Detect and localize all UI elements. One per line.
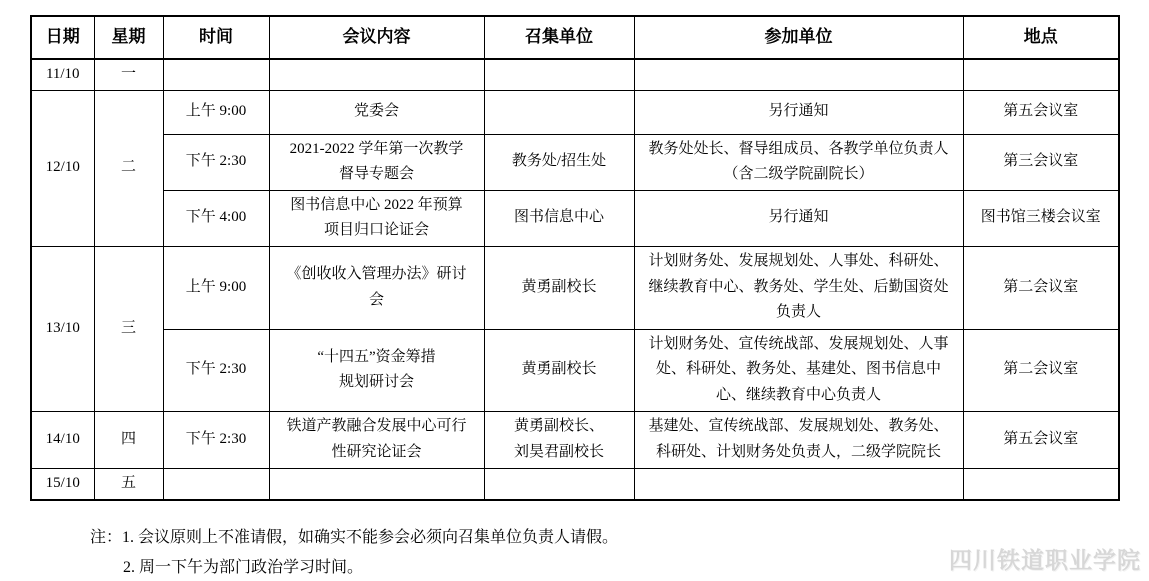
time-cell: 下午 2:30 xyxy=(163,134,269,190)
header-row: 日期 星期 时间 会议内容 召集单位 参加单位 地点 xyxy=(31,16,1119,59)
date-cell: 14/10 xyxy=(31,411,94,468)
watermark: 四川铁道职业学院 xyxy=(949,542,1141,575)
time-cell xyxy=(163,59,269,90)
participants-cell xyxy=(634,59,963,90)
content-cell xyxy=(269,468,484,500)
time-cell xyxy=(163,468,269,500)
table-row: 15/10 五 xyxy=(31,468,1119,500)
header-date: 日期 xyxy=(31,16,94,59)
content-cell: 《创收收入管理办法》研讨 会 xyxy=(269,246,484,329)
header-location: 地点 xyxy=(963,16,1119,59)
location-cell: 第五会议室 xyxy=(963,411,1119,468)
time-cell: 上午 9:00 xyxy=(163,246,269,329)
table-row: 下午 2:30 “十四五”资金筹措 规划研讨会 黄勇副校长 计划财务处、宣传统战… xyxy=(31,329,1119,411)
convener-cell xyxy=(484,90,634,134)
time-cell: 下午 2:30 xyxy=(163,411,269,468)
weekday-cell: 一 xyxy=(94,59,163,90)
participants-cell: 另行通知 xyxy=(634,190,963,246)
participants-cell: 另行通知 xyxy=(634,90,963,134)
convener-cell: 图书信息中心 xyxy=(484,190,634,246)
participants-cell: 教务处处长、督导组成员、各教学单位负责人（含二级学院副院长） xyxy=(634,134,963,190)
location-cell: 图书馆三楼会议室 xyxy=(963,190,1119,246)
weekday-cell: 五 xyxy=(94,468,163,500)
header-convener: 召集单位 xyxy=(484,16,634,59)
header-weekday: 星期 xyxy=(94,16,163,59)
convener-cell: 黄勇副校长 xyxy=(484,246,634,329)
convener-cell xyxy=(484,468,634,500)
location-cell xyxy=(963,59,1119,90)
table-row: 13/10 三 上午 9:00 《创收收入管理办法》研讨 会 黄勇副校长 计划财… xyxy=(31,246,1119,329)
date-cell: 12/10 xyxy=(31,90,94,246)
location-cell: 第五会议室 xyxy=(963,90,1119,134)
table-row: 14/10 四 下午 2:30 铁道产教融合发展中心可行 性研究论证会 黄勇副校… xyxy=(31,411,1119,468)
content-cell: 图书信息中心 2022 年预算 项目归口论证会 xyxy=(269,190,484,246)
content-cell: 党委会 xyxy=(269,90,484,134)
location-cell: 第三会议室 xyxy=(963,134,1119,190)
convener-cell: 黄勇副校长、 刘昊君副校长 xyxy=(484,411,634,468)
date-cell: 13/10 xyxy=(31,246,94,411)
table-row: 下午 2:30 2021-2022 学年第一次教学 督导专题会 教务处/招生处 … xyxy=(31,134,1119,190)
participants-cell xyxy=(634,468,963,500)
table-row: 12/10 二 上午 9:00 党委会 另行通知 第五会议室 xyxy=(31,90,1119,134)
table-row: 11/10 一 xyxy=(31,59,1119,90)
participants-cell: 计划财务处、发展规划处、人事处、科研处、继续教育中心、教务处、学生处、后勤国资处… xyxy=(634,246,963,329)
participants-cell: 计划财务处、宣传统战部、发展规划处、人事处、科研处、教务处、基建处、图书信息中心… xyxy=(634,329,963,411)
table-row: 下午 4:00 图书信息中心 2022 年预算 项目归口论证会 图书信息中心 另… xyxy=(31,190,1119,246)
content-cell: “十四五”资金筹措 规划研讨会 xyxy=(269,329,484,411)
time-cell: 上午 9:00 xyxy=(163,90,269,134)
time-cell: 下午 2:30 xyxy=(163,329,269,411)
header-content: 会议内容 xyxy=(269,16,484,59)
header-participants: 参加单位 xyxy=(634,16,963,59)
location-cell xyxy=(963,468,1119,500)
header-time: 时间 xyxy=(163,16,269,59)
date-cell: 15/10 xyxy=(31,468,94,500)
participants-cell: 基建处、宣传统战部、发展规划处、教务处、科研处、计划财务处负责人，二级学院院长 xyxy=(634,411,963,468)
content-cell: 2021-2022 学年第一次教学 督导专题会 xyxy=(269,134,484,190)
convener-cell: 教务处/招生处 xyxy=(484,134,634,190)
content-cell xyxy=(269,59,484,90)
time-cell: 下午 4:00 xyxy=(163,190,269,246)
weekday-cell: 二 xyxy=(94,90,163,246)
date-cell: 11/10 xyxy=(31,59,94,90)
convener-cell: 黄勇副校长 xyxy=(484,329,634,411)
weekday-cell: 四 xyxy=(94,411,163,468)
content-cell: 铁道产教融合发展中心可行 性研究论证会 xyxy=(269,411,484,468)
location-cell: 第二会议室 xyxy=(963,246,1119,329)
convener-cell xyxy=(484,59,634,90)
weekday-cell: 三 xyxy=(94,246,163,411)
meeting-schedule-table: 日期 星期 时间 会议内容 召集单位 参加单位 地点 11/10 一 12/10… xyxy=(30,15,1120,501)
location-cell: 第二会议室 xyxy=(963,329,1119,411)
